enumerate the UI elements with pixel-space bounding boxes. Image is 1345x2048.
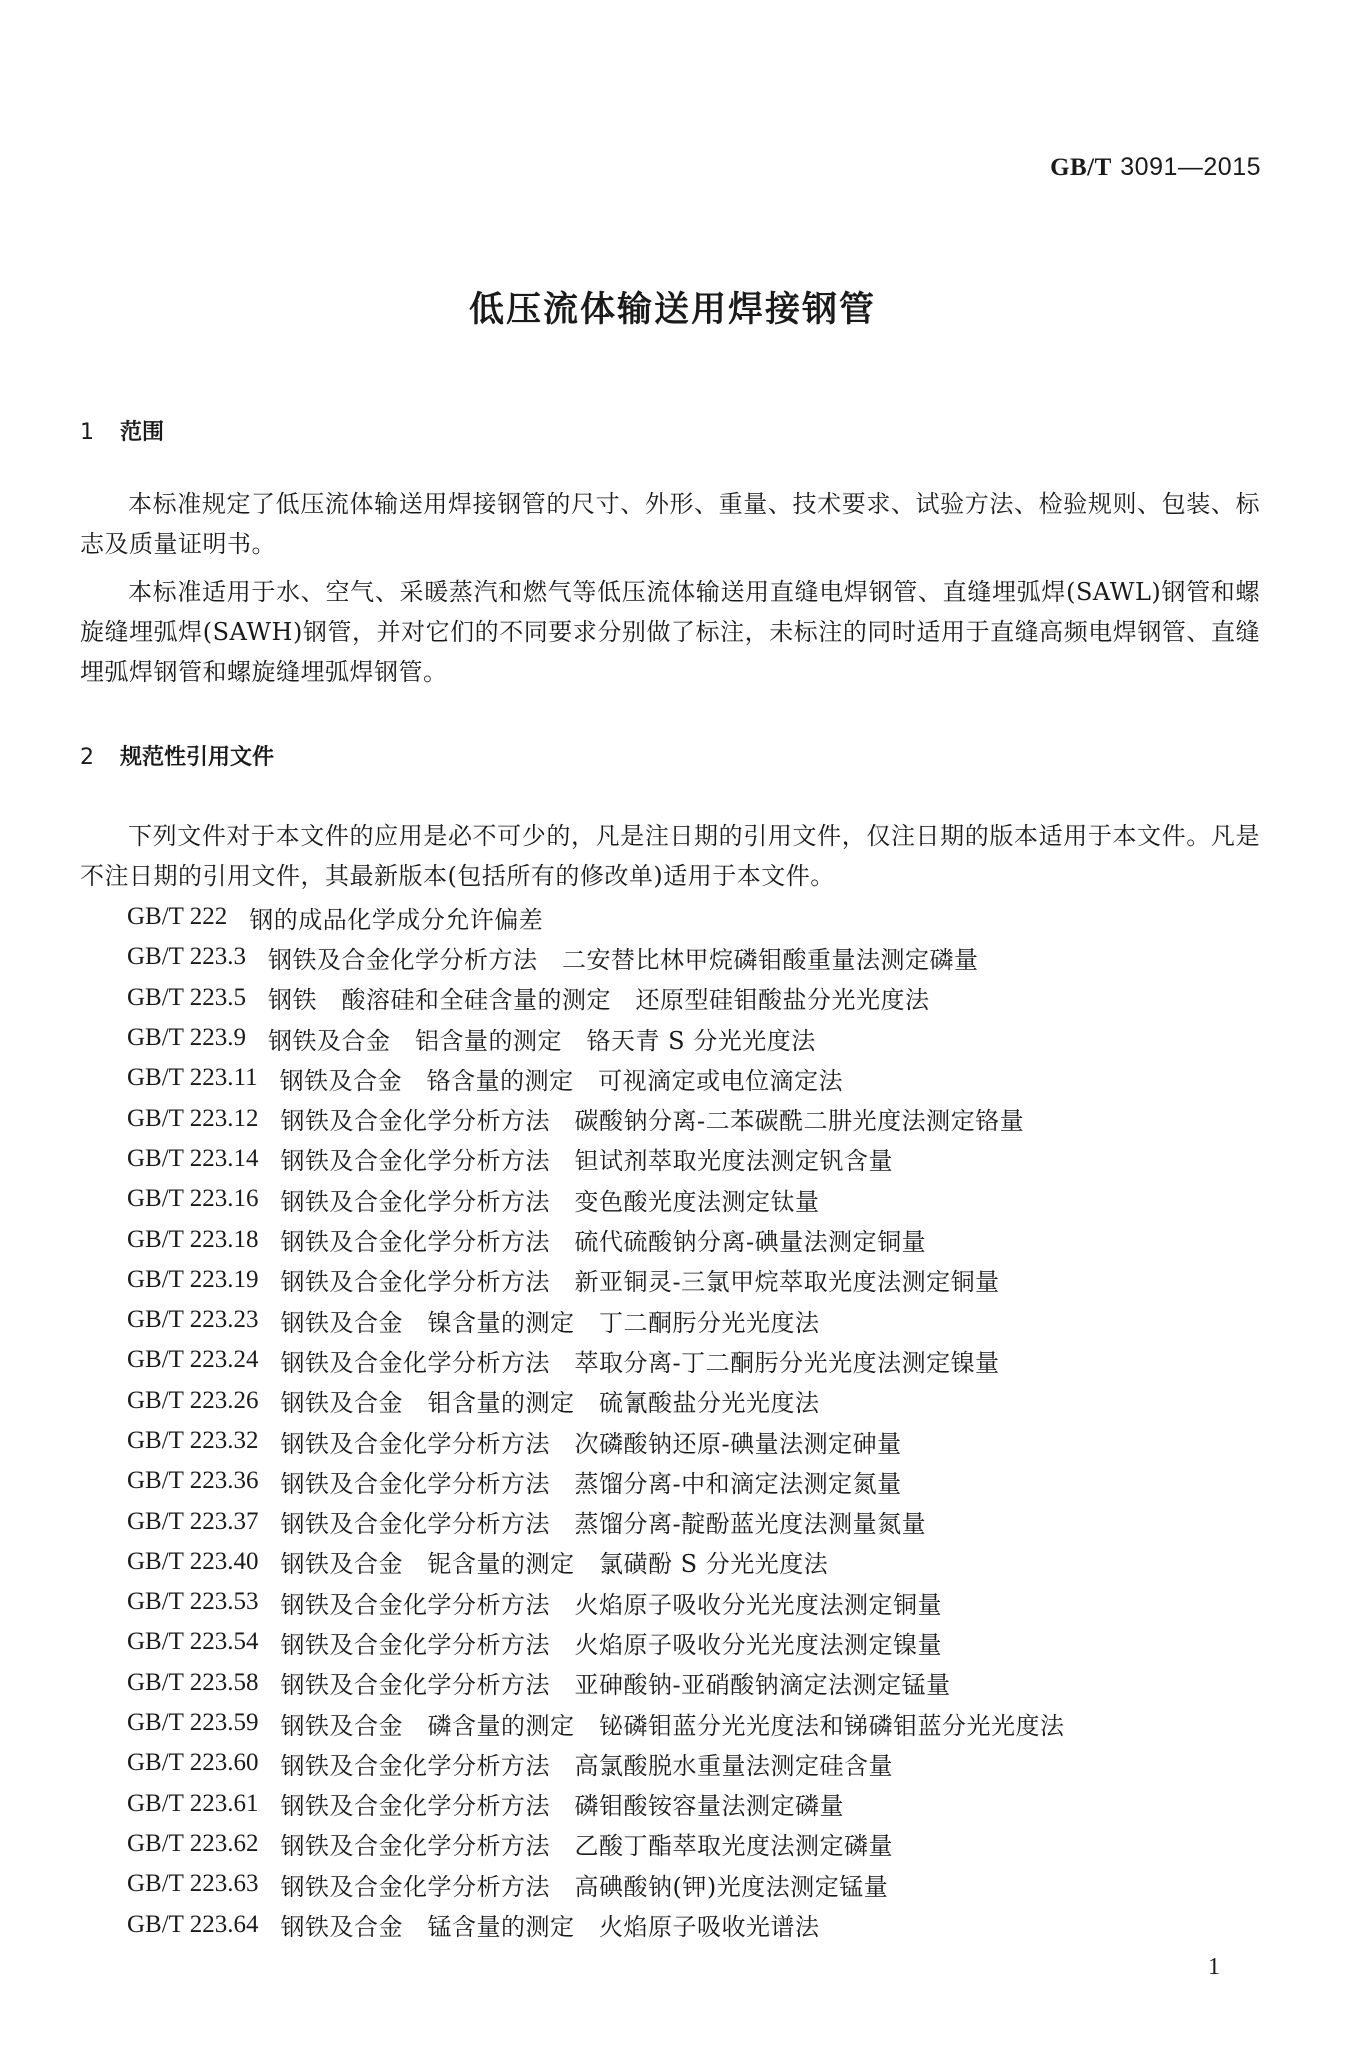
reference-item: GB/T 223.9钢铁及合金 铝含量的测定 铬天青 S 分光光度法 <box>127 1018 1065 1058</box>
reference-title: 钢铁及合金化学分析方法 新亚铜灵-三氯甲烷萃取光度法测定铜量 <box>281 1262 1000 1297</box>
section-number: 2 <box>80 745 120 770</box>
reference-item: GB/T 223.14钢铁及合金化学分析方法 钽试剂萃取光度法测定钒含量 <box>127 1139 1065 1179</box>
document-page: GB/T 3091—2015 低压流体输送用焊接钢管 1范围 本标准规定了低压流… <box>0 0 1345 2048</box>
section-title: 规范性引用文件 <box>120 745 274 770</box>
reference-item: GB/T 223.36钢铁及合金化学分析方法 蒸馏分离-中和滴定法测定氮量 <box>127 1461 1065 1501</box>
reference-title: 钢铁及合金化学分析方法 高氯酸脱水重量法测定硅含量 <box>281 1746 894 1781</box>
reference-item: GB/T 223.40钢铁及合金 铌含量的测定 氯磺酚 S 分光光度法 <box>127 1542 1065 1582</box>
reference-item: GB/T 223.64钢铁及合金 锰含量的测定 火焰原子吸收光谱法 <box>127 1904 1065 1944</box>
reference-title: 钢铁及合金化学分析方法 火焰原子吸收分光光度法测定铜量 <box>281 1585 943 1620</box>
reference-code: GB/T 223.18 <box>127 1226 259 1254</box>
reference-title: 钢铁及合金化学分析方法 火焰原子吸收分光光度法测定镍量 <box>281 1625 943 1660</box>
reference-item: GB/T 222钢的成品化学成分允许偏差 <box>127 897 1065 937</box>
reference-title: 钢铁及合金化学分析方法 蒸馏分离-靛酚蓝光度法测量氮量 <box>281 1504 927 1539</box>
section-title: 范围 <box>120 420 164 445</box>
standard-number-header: GB/T 3091—2015 <box>1050 152 1261 182</box>
reference-item: GB/T 223.26钢铁及合金 钼含量的测定 硫氰酸盐分光光度法 <box>127 1381 1065 1421</box>
reference-code: GB/T 223.40 <box>127 1548 259 1576</box>
reference-code: GB/T 223.26 <box>127 1387 259 1415</box>
reference-item: GB/T 223.3钢铁及合金化学分析方法 二安替比林甲烷磷钼酸重量法测定磷量 <box>127 937 1065 977</box>
reference-code: GB/T 223.3 <box>127 943 246 971</box>
reference-title: 钢铁及合金 镍含量的测定 丁二酮肟分光光度法 <box>281 1303 820 1338</box>
reference-title: 钢铁及合金化学分析方法 乙酸丁酯萃取光度法测定磷量 <box>281 1826 894 1861</box>
reference-item: GB/T 223.37钢铁及合金化学分析方法 蒸馏分离-靛酚蓝光度法测量氮量 <box>127 1501 1065 1541</box>
reference-title: 钢铁及合金化学分析方法 二安替比林甲烷磷钼酸重量法测定磷量 <box>268 940 979 975</box>
reference-item: GB/T 223.62钢铁及合金化学分析方法 乙酸丁酯萃取光度法测定磷量 <box>127 1824 1065 1864</box>
reference-title: 钢铁及合金化学分析方法 蒸馏分离-中和滴定法测定氮量 <box>281 1464 902 1499</box>
reference-item: GB/T 223.12钢铁及合金化学分析方法 碳酸钠分离-二苯碳酰二肼光度法测定… <box>127 1098 1065 1138</box>
reference-item: GB/T 223.32钢铁及合金化学分析方法 次磷酸钠还原-碘量法测定砷量 <box>127 1421 1065 1461</box>
reference-item: GB/T 223.60钢铁及合金化学分析方法 高氯酸脱水重量法测定硅含量 <box>127 1743 1065 1783</box>
reference-code: GB/T 223.53 <box>127 1588 259 1616</box>
reference-code: GB/T 223.11 <box>127 1064 258 1092</box>
reference-title: 钢的成品化学成分允许偏差 <box>249 900 543 935</box>
reference-code: GB/T 223.37 <box>127 1508 259 1536</box>
reference-item: GB/T 223.24钢铁及合金化学分析方法 萃取分离-丁二酮肟分光光度法测定镍… <box>127 1340 1065 1380</box>
reference-title: 钢铁及合金 铬含量的测定 可视滴定或电位滴定法 <box>280 1061 844 1096</box>
paragraph-scope-2: 本标准适用于水、空气、采暖蒸汽和燃气等低压流体输送用直缝电焊钢管、直缝埋弧焊(S… <box>80 572 1260 692</box>
reference-title: 钢铁及合金 磷含量的测定 铋磷钼蓝分光光度法和锑磷钼蓝分光光度法 <box>281 1706 1065 1741</box>
reference-code: GB/T 223.64 <box>127 1911 259 1939</box>
reference-title: 钢铁及合金 锰含量的测定 火焰原子吸收光谱法 <box>281 1907 820 1942</box>
section-number: 1 <box>80 420 120 445</box>
reference-code: GB/T 223.32 <box>127 1427 259 1455</box>
reference-title: 钢铁及合金化学分析方法 亚砷酸钠-亚硝酸钠滴定法测定锰量 <box>281 1665 951 1700</box>
reference-title: 钢铁及合金化学分析方法 萃取分离-丁二酮肟分光光度法测定镍量 <box>281 1343 1000 1378</box>
standard-number: 3091—2015 <box>1120 153 1261 181</box>
reference-code: GB/T 223.63 <box>127 1870 259 1898</box>
reference-item: GB/T 223.18钢铁及合金化学分析方法 硫代硫酸钠分离-碘量法测定铜量 <box>127 1219 1065 1259</box>
reference-code: GB/T 223.24 <box>127 1346 259 1374</box>
reference-item: GB/T 223.58钢铁及合金化学分析方法 亚砷酸钠-亚硝酸钠滴定法测定锰量 <box>127 1663 1065 1703</box>
paragraph-scope-1: 本标准规定了低压流体输送用焊接钢管的尺寸、外形、重量、技术要求、试验方法、检验规… <box>80 484 1260 564</box>
reference-item: GB/T 223.19钢铁及合金化学分析方法 新亚铜灵-三氯甲烷萃取光度法测定铜… <box>127 1260 1065 1300</box>
reference-code: GB/T 223.54 <box>127 1628 259 1656</box>
reference-code: GB/T 223.23 <box>127 1306 259 1334</box>
reference-code: GB/T 223.5 <box>127 984 246 1012</box>
reference-code: GB/T 223.58 <box>127 1669 259 1697</box>
reference-title: 钢铁及合金化学分析方法 高碘酸钠(钾)光度法测定锰量 <box>281 1867 889 1902</box>
reference-code: GB/T 222 <box>127 903 227 931</box>
document-title: 低压流体输送用焊接钢管 <box>0 282 1345 332</box>
standard-code: GB/T <box>1050 154 1112 181</box>
section-heading-scope: 1范围 <box>80 415 164 446</box>
reference-item: GB/T 223.16钢铁及合金化学分析方法 变色酸光度法测定钛量 <box>127 1179 1065 1219</box>
reference-item: GB/T 223.23钢铁及合金 镍含量的测定 丁二酮肟分光光度法 <box>127 1300 1065 1340</box>
reference-code: GB/T 223.9 <box>127 1024 246 1052</box>
reference-list: GB/T 222钢的成品化学成分允许偏差 GB/T 223.3钢铁及合金化学分析… <box>127 897 1065 1945</box>
reference-item: GB/T 223.11钢铁及合金 铬含量的测定 可视滴定或电位滴定法 <box>127 1058 1065 1098</box>
reference-title: 钢铁及合金化学分析方法 变色酸光度法测定钛量 <box>281 1182 820 1217</box>
reference-code: GB/T 223.14 <box>127 1145 259 1173</box>
reference-title: 钢铁 酸溶硅和全硅含量的测定 还原型硅钼酸盐分光光度法 <box>268 980 930 1015</box>
page-number: 1 <box>1208 1954 1220 1981</box>
reference-title: 钢铁及合金化学分析方法 硫代硫酸钠分离-碘量法测定铜量 <box>281 1222 927 1257</box>
section-heading-normative-references: 2规范性引用文件 <box>80 740 274 771</box>
paragraph-references-intro: 下列文件对于本文件的应用是必不可少的，凡是注日期的引用文件，仅注日期的版本适用于… <box>80 816 1260 896</box>
reference-code: GB/T 223.16 <box>127 1185 259 1213</box>
reference-item: GB/T 223.54钢铁及合金化学分析方法 火焰原子吸收分光光度法测定镍量 <box>127 1622 1065 1662</box>
reference-title: 钢铁及合金化学分析方法 碳酸钠分离-二苯碳酰二肼光度法测定铬量 <box>281 1101 1025 1136</box>
reference-item: GB/T 223.5钢铁 酸溶硅和全硅含量的测定 还原型硅钼酸盐分光光度法 <box>127 978 1065 1018</box>
reference-code: GB/T 223.59 <box>127 1709 259 1737</box>
reference-item: GB/T 223.59钢铁及合金 磷含量的测定 铋磷钼蓝分光光度法和锑磷钼蓝分光… <box>127 1703 1065 1743</box>
reference-item: GB/T 223.53钢铁及合金化学分析方法 火焰原子吸收分光光度法测定铜量 <box>127 1582 1065 1622</box>
reference-title: 钢铁及合金 铝含量的测定 铬天青 S 分光光度法 <box>268 1021 816 1056</box>
reference-item: GB/T 223.63钢铁及合金化学分析方法 高碘酸钠(钾)光度法测定锰量 <box>127 1864 1065 1904</box>
reference-code: GB/T 223.62 <box>127 1830 259 1858</box>
reference-code: GB/T 223.61 <box>127 1790 259 1818</box>
reference-code: GB/T 223.12 <box>127 1105 259 1133</box>
reference-title: 钢铁及合金化学分析方法 磷钼酸铵容量法测定磷量 <box>281 1786 845 1821</box>
reference-code: GB/T 223.36 <box>127 1467 259 1495</box>
reference-title: 钢铁及合金化学分析方法 钽试剂萃取光度法测定钒含量 <box>281 1141 894 1176</box>
reference-code: GB/T 223.19 <box>127 1266 259 1294</box>
reference-code: GB/T 223.60 <box>127 1749 259 1777</box>
reference-item: GB/T 223.61钢铁及合金化学分析方法 磷钼酸铵容量法测定磷量 <box>127 1784 1065 1824</box>
reference-title: 钢铁及合金化学分析方法 次磷酸钠还原-碘量法测定砷量 <box>281 1424 902 1459</box>
reference-title: 钢铁及合金 钼含量的测定 硫氰酸盐分光光度法 <box>281 1383 820 1418</box>
reference-title: 钢铁及合金 铌含量的测定 氯磺酚 S 分光光度法 <box>281 1544 829 1579</box>
